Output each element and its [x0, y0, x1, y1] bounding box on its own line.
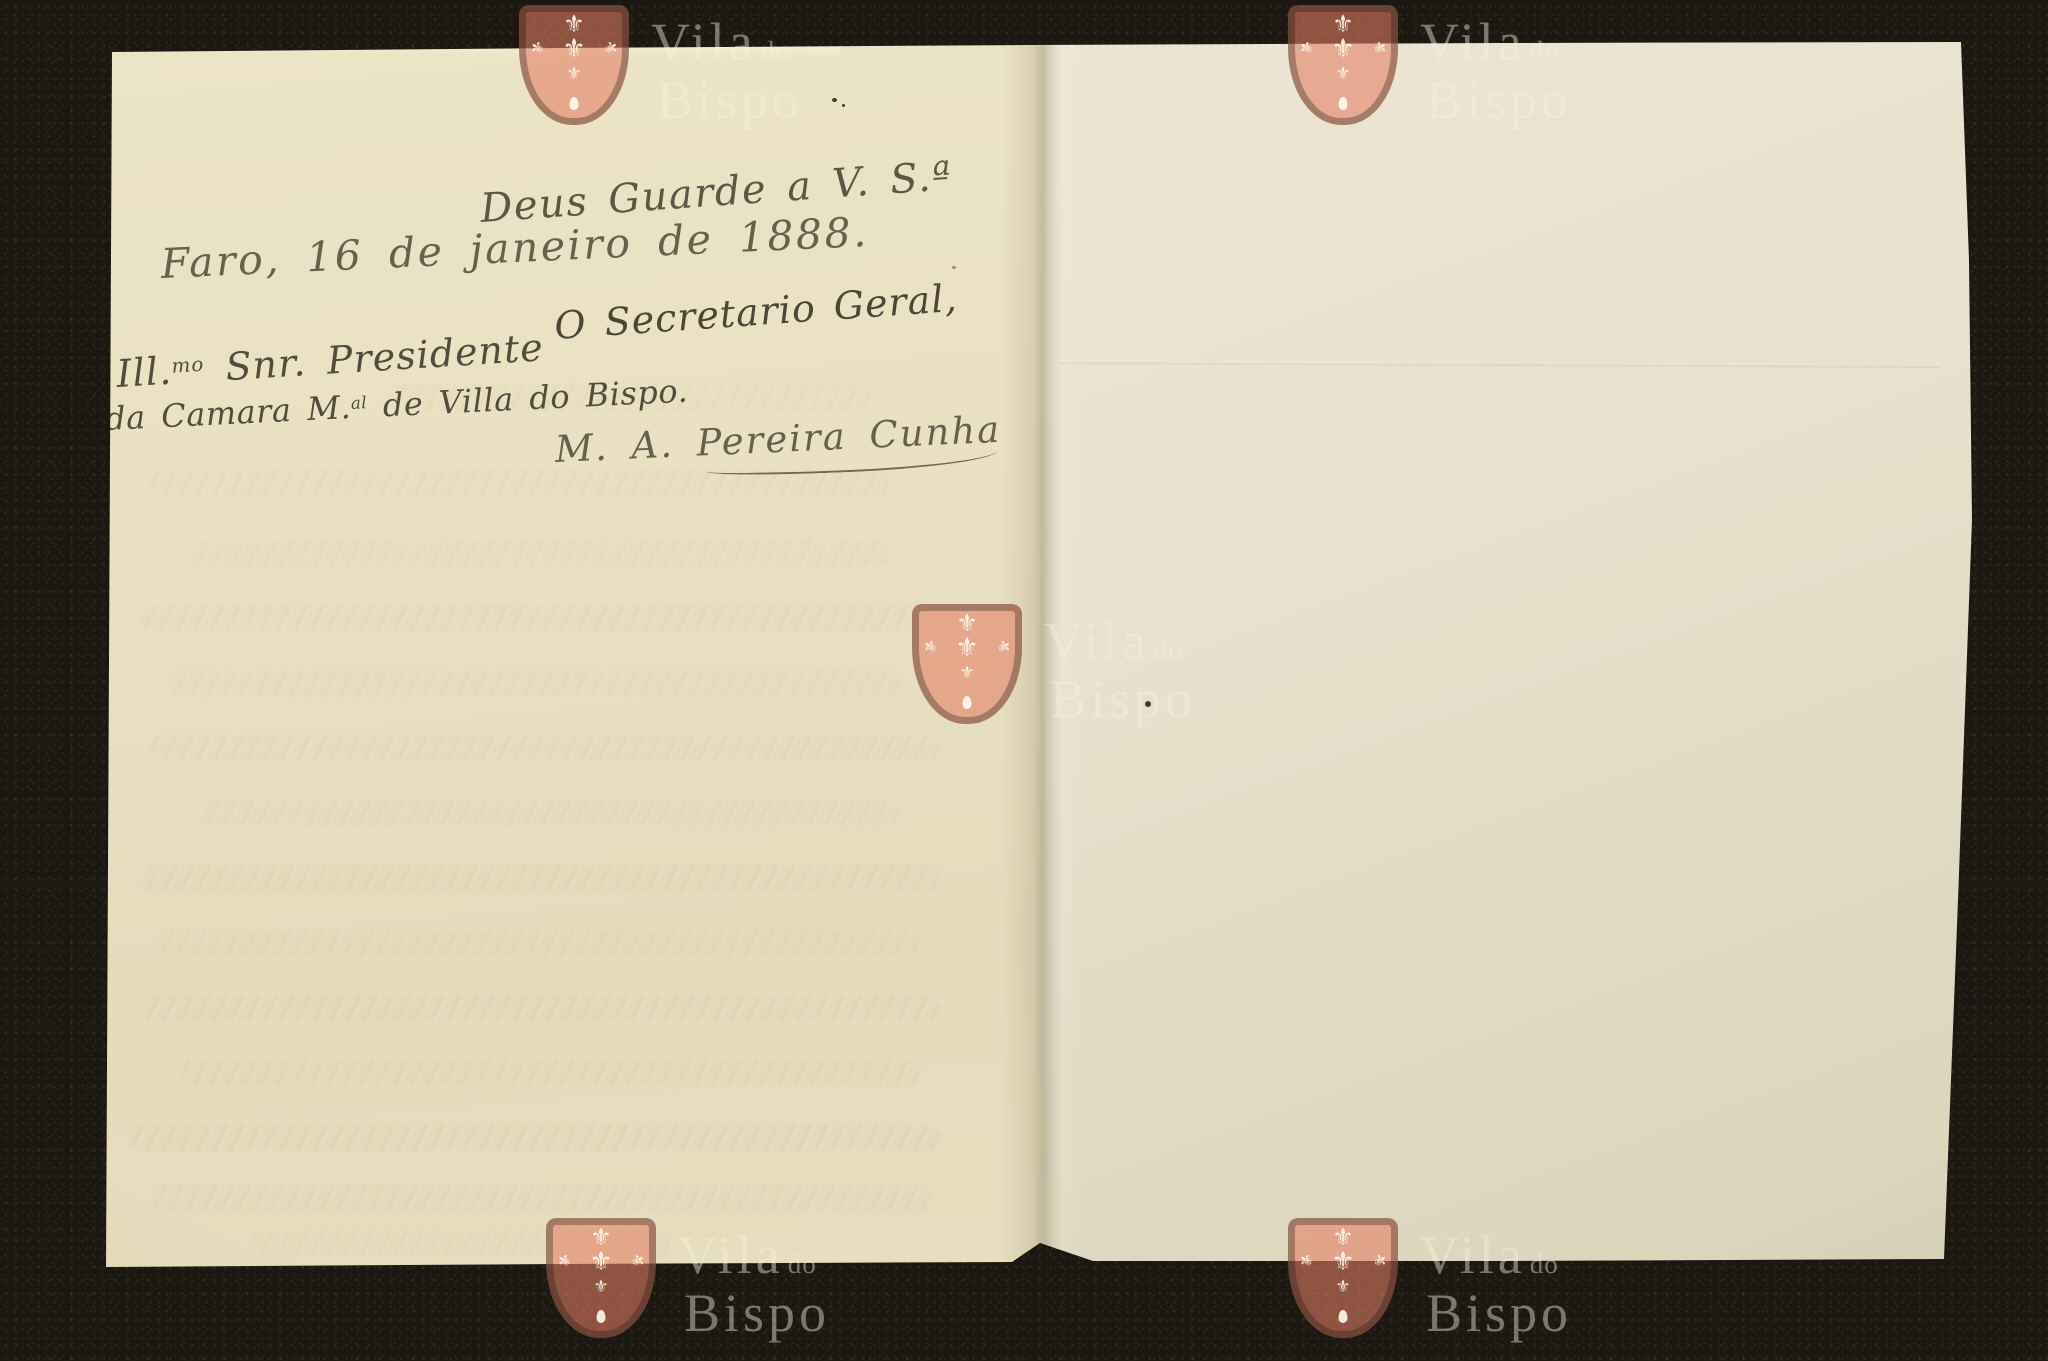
scanned-letter-photo: Deus Guarde a V. S.ª Faro, 16 de janeiro…	[0, 0, 2048, 1361]
letter-sheet: Deus Guarde a V. S.ª Faro, 16 de janeiro…	[0, 0, 2048, 1361]
paper-vignette	[0, 0, 2048, 1361]
